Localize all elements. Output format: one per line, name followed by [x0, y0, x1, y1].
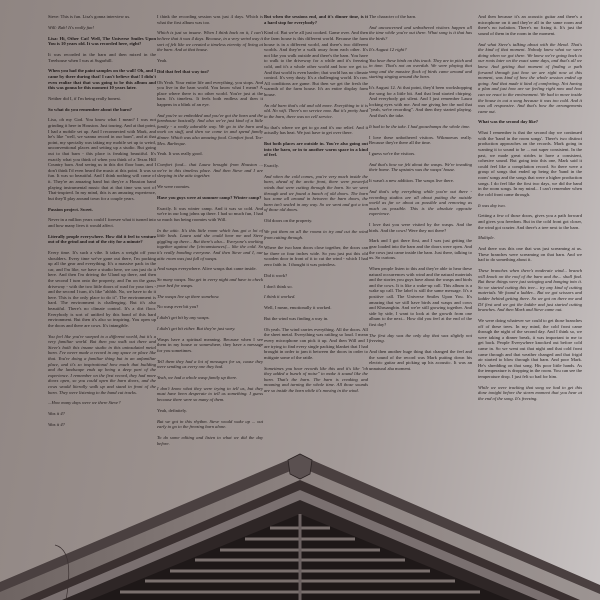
paragraph: Multiple. [478, 235, 582, 241]
paragraph: Exactly. It was winter camp. And it was … [157, 206, 263, 223]
paragraph: We were doing whatever we could to get t… [478, 318, 582, 380]
paragraph: Literally people everywhere. How did it … [48, 234, 156, 245]
paragraph: Was it 4? [48, 422, 156, 428]
paragraph: And that's why everything while you're o… [369, 189, 472, 217]
paragraph: I don't think so. [264, 284, 368, 290]
paragraph: The first day was the only day that was … [369, 333, 472, 344]
paragraph: Which is just so insane. When I think ba… [157, 30, 263, 52]
paragraph: I think the recording session was just 4… [157, 14, 263, 25]
paragraph: Old doors on the property. [264, 218, 368, 224]
paragraph: So what do you remember about the barn? [48, 107, 156, 113]
paragraph: Will: Rah! It's really fun! [48, 25, 156, 31]
paragraph: And what Steve's talking about with the … [478, 42, 582, 115]
paragraph: Oh yeah. The wind carries everything. Al… [264, 327, 368, 361]
paragraph: It was day two. [478, 203, 582, 209]
paragraph: And then because it's an acoustic guitar… [478, 14, 582, 36]
paragraph: It wasn't a new addition. The wasps live… [369, 178, 472, 184]
paragraph: Mark and I got there first, and I was ju… [369, 238, 472, 260]
paragraph: In the attic. It's this little room whic… [157, 228, 263, 262]
paragraph: But the wind was finding a way in. [264, 316, 368, 322]
column-5: And then because it's an acoustic guitar… [478, 14, 582, 407]
paragraph: Exactly. [264, 163, 368, 169]
paragraph: Lisa, oh my God. You know what I mean? I… [48, 117, 156, 201]
paragraph: To do some editing and listen to what we… [157, 435, 263, 446]
column-1: Steve: This is fun. Lisa's gonna intervi… [48, 14, 156, 433]
paragraph: Lisa: Hi, Other Cat! Well, The Universe … [48, 36, 156, 47]
paragraph: It had to be the take. I had goosebumps … [369, 124, 472, 130]
paragraph: But when the sessions end, and it's dinn… [264, 14, 368, 25]
paragraph: So that's where we get to go and it's ou… [264, 125, 368, 136]
paragraph: Have you guys were at summer camp? Winte… [157, 195, 263, 201]
paragraph: I think it worked. [264, 294, 368, 300]
paragraph: Steve: This is fun. Lisa's gonna intervi… [48, 14, 156, 20]
liner-notes-page: Steve: This is fun. Lisa's gonna intervi… [0, 0, 600, 600]
paragraph: Yeah. It was really good. [157, 151, 263, 157]
paragraph: Did it work? [264, 273, 368, 279]
paragraph: What I remember is that the second day w… [478, 130, 582, 197]
paragraph: The wasps live up there somehow. [157, 294, 263, 300]
paragraph: Every time. It's such a vibe. It takes a… [48, 250, 156, 328]
paragraph: ...How many days were we there Steve? [48, 400, 156, 406]
paragraph: I love that you were visited by the wasp… [369, 222, 472, 233]
paragraph: Tell them they had a lot of messages for… [157, 359, 263, 370]
paragraph: And there was this one that was just scr… [478, 246, 582, 263]
paragraph: Was it 4? [48, 411, 156, 417]
paragraph: Comfort food... that Laura brought from … [157, 162, 263, 179]
paragraph: Sometimes you hear records like this and… [264, 366, 368, 394]
louver-vent [90, 514, 510, 600]
paragraph: I didn't get bit by any wasps. [157, 315, 263, 321]
paragraph: An old barn that's old and old more. Eve… [264, 103, 368, 120]
paragraph: And unconcerned and unbothered visitors … [369, 25, 472, 42]
paragraph: And then another huge thing that changed… [369, 349, 472, 371]
paragraph: And when the cold comes, you're very muc… [264, 174, 368, 213]
paragraph: When people listen to this and they're a… [369, 266, 472, 328]
paragraph: And you're so embedded and you've got th… [157, 113, 263, 147]
paragraph: Well, I mean, emotionally it worked. [264, 305, 368, 311]
paragraph: You hear these birds on this track. They… [369, 58, 472, 80]
paragraph: Yeah. [157, 58, 263, 64]
paragraph: Yeah, definitely. [157, 408, 263, 414]
paragraph: When you had the paint samples on the wa… [48, 68, 156, 90]
paragraph: But both places are outside in. You're a… [264, 141, 368, 158]
paragraph: You feel like you're warped to a differe… [48, 334, 156, 396]
paragraph: And that's how we felt about the wasps. … [369, 162, 472, 173]
paragraph: Did that feel that way too? [157, 69, 263, 75]
paragraph: While we were tracking that song we had … [478, 385, 582, 402]
paragraph: We were roomies. [157, 184, 263, 190]
paragraph: So many wasps. You get in every night an… [157, 277, 263, 288]
paragraph: Getting a few of those doors, gives you … [478, 213, 582, 230]
paragraph: I love these unbothered visitors. Wikmoe… [369, 135, 472, 146]
paragraph: Where the two barn doors close together,… [264, 245, 368, 267]
column-3: But when the sessions end, and it's dinn… [264, 14, 368, 399]
column-4: The character of the barn.And unconcerne… [369, 14, 472, 377]
paragraph: Oh Yeah. Your entire life and everything… [157, 80, 263, 108]
paragraph: No wasp ever bit you? [157, 304, 263, 310]
paragraph: It was recorded in the barn and then mix… [48, 52, 156, 63]
paragraph: But we got in this rhythm. Steve would w… [157, 419, 263, 430]
paragraph: Yeah, we had a whole wasp family up ther… [157, 375, 263, 381]
paragraph: I guess we're the visitors. [369, 151, 472, 157]
paragraph: I don't know what they were trying to te… [157, 386, 263, 403]
paragraph: Neither did I, if I'm being really hones… [48, 96, 156, 102]
paragraph: I didn't get bit either. But they're jus… [157, 326, 263, 332]
paragraph: Never in a million years could I foresee… [48, 217, 156, 228]
paragraph: These branches when there's moderate win… [478, 268, 582, 313]
paragraph: What was the second day like? [478, 119, 582, 125]
paragraph: And wasps everywhere. Alive wasps that c… [157, 266, 263, 272]
paragraph: We put them on all the rooms to try and … [264, 229, 368, 240]
paragraph: The character of the barn. [369, 14, 472, 20]
paragraph: It's August 12. At that point, they'd be… [369, 85, 472, 119]
paragraph: It's August 12 right? [369, 47, 472, 53]
paragraph: Wasps have a spiritual meaning. Because … [157, 337, 263, 354]
column-2: I think the recording session was just 4… [157, 14, 263, 451]
paragraph: Passion project. Sweet. [48, 207, 156, 213]
paragraph: Kind of. But we're all just cooked. Game… [264, 30, 368, 97]
